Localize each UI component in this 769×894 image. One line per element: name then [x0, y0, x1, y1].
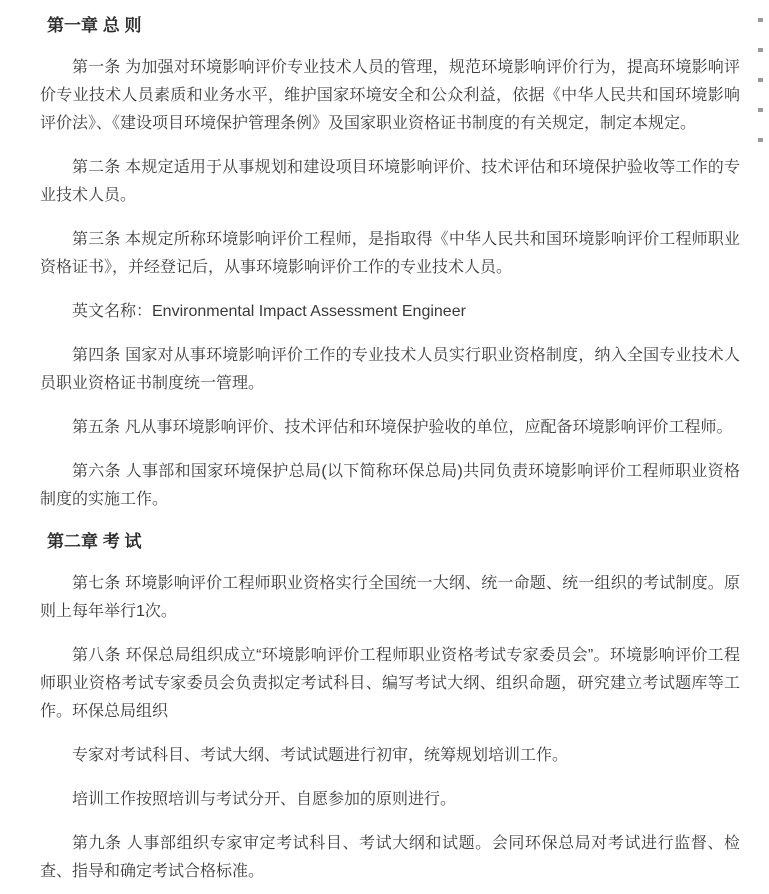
paragraph: 英文名称：Environmental Impact Assessment Eng…	[40, 298, 740, 326]
chapter-heading: 第一章 总 则	[47, 14, 740, 38]
paragraph: 专家对考试科目、考试大纲、考试试题进行初审，统筹规划培训工作。	[40, 742, 740, 770]
paragraph: 第四条 国家对从事环境影响评价工作的专业技术人员实行职业资格制度，纳入全国专业技…	[40, 342, 740, 398]
edge-marker-icon	[758, 18, 763, 22]
edge-marker-icon	[758, 108, 763, 112]
paragraph: 第九条 人事部组织专家审定考试科目、考试大纲和试题。会同环保总局对考试进行监督、…	[40, 830, 740, 886]
paragraph: 第五条 凡从事环境影响评价、技术评估和环境保护验收的单位，应配备环境影响评价工程…	[40, 414, 740, 442]
paragraph: 第一条 为加强对环境影响评价专业技术人员的管理，规范环境影响评价行为，提高环境影…	[40, 54, 740, 138]
edge-marker-icon	[758, 48, 763, 52]
paragraph: 第七条 环境影响评价工程师职业资格实行全国统一大纲、统一命题、统一组织的考试制度…	[40, 570, 740, 626]
paragraph: 第八条 环保总局组织成立“环境影响评价工程师职业资格考试专家委员会”。环境影响评…	[40, 642, 740, 726]
paragraph: 第六条 人事部和国家环境保护总局(以下简称环保总局)共同负责环境影响评价工程师职…	[40, 458, 740, 514]
document-page: { "page": { "background": "#ffffff", "bo…	[0, 0, 769, 894]
paragraph: 第三条 本规定所称环境影响评价工程师，是指取得《中华人民共和国环境影响评价工程师…	[40, 226, 740, 282]
edge-marker-icon	[758, 138, 763, 142]
chapter-heading: 第二章 考 试	[47, 530, 740, 554]
paragraph: 第二条 本规定适用于从事规划和建设项目环境影响评价、技术评估和环境保护验收等工作…	[40, 154, 740, 210]
edge-marker-icon	[758, 78, 763, 82]
document-body: 第一章 总 则第一条 为加强对环境影响评价专业技术人员的管理，规范环境影响评价行…	[40, 6, 740, 894]
paragraph: 培训工作按照培训与考试分开、自愿参加的原则进行。	[40, 786, 740, 814]
